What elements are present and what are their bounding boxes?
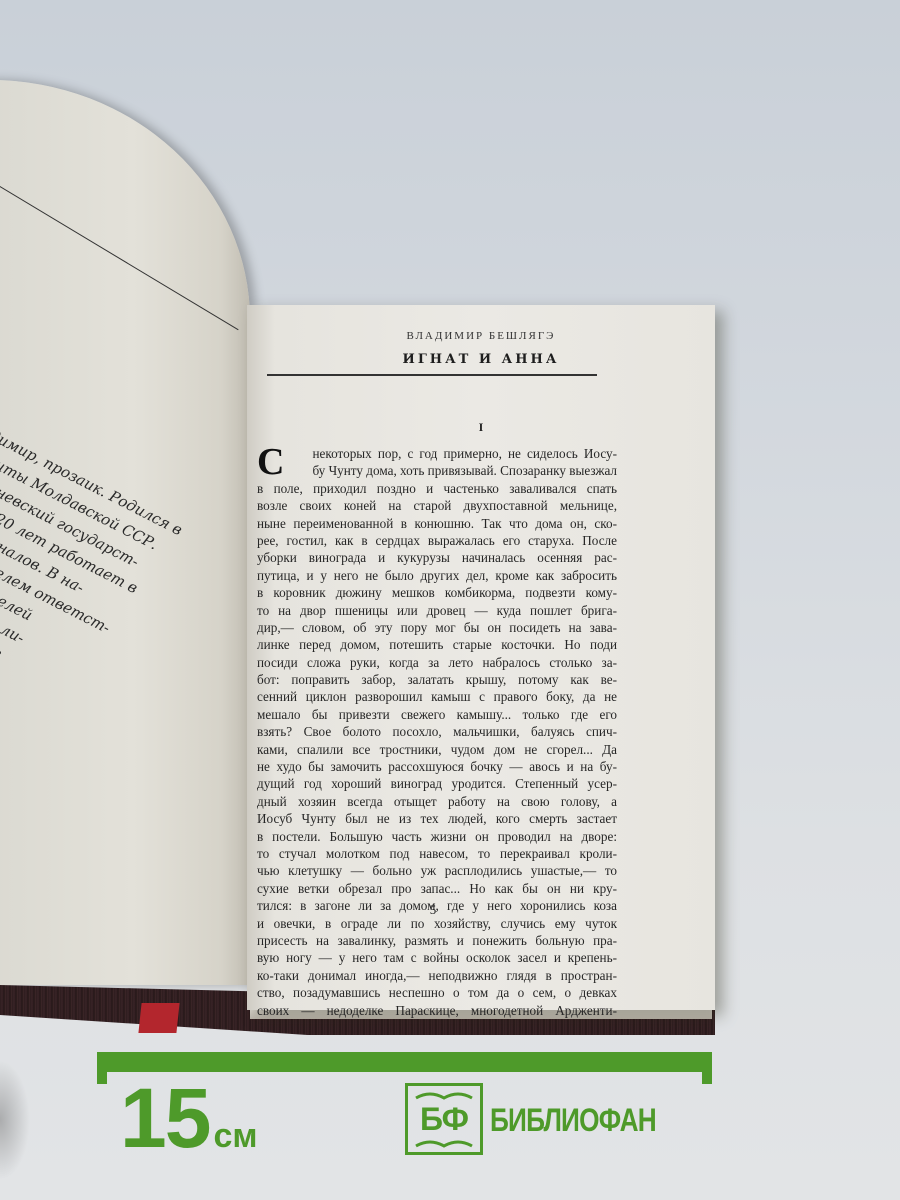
book-logo-icon: БФ [405,1083,483,1155]
section-number: I [247,420,715,435]
text-line: уборки винограда и кукурузы начиналась о… [257,549,617,566]
text-line: бу Чунту дома, хоть привязывай. Спозаран… [286,462,617,479]
text-line: рее, гостил, как в сердцах выражалась ег… [257,532,617,549]
scale-ruler-tick-left [97,1052,107,1084]
open-book-icon [408,1086,480,1158]
text-line: вую ногу — у него там с войны осколок за… [257,949,617,966]
text-line: некоторых пор, с год примерно, не сидело… [286,445,617,462]
right-page: ВЛАДИМИР БЕШЛЯГЭ ИГНАТ И АННА I С некото… [247,305,715,1010]
text-line: ко-таки донимал иногда,— неподвижно гляд… [257,967,617,984]
text-line: дир,— словом, об эту пору мог бы он поси… [257,619,617,636]
text-line: чью клетушку — больно уж расплодились уш… [257,862,617,879]
brand-name: БИБЛИОФАН [490,1102,656,1139]
text-line: в коровник дюжину мешков комбикорма, под… [257,584,617,601]
object-shadow [0,1060,30,1180]
text-line: присесть на завалинку, размять и понежит… [257,932,617,949]
bookmark-ribbon [138,1003,179,1033]
text-line: ныне переименованной в конюшню. Так что … [257,515,617,532]
text-line: сенний циклон разворошил камыш с правого… [257,688,617,705]
text-line: в постели. Большую часть жизни он провод… [257,828,617,845]
header-rule [267,374,597,376]
text-line: возле своих коней на старой двухпоставно… [257,497,617,514]
left-page-text: Владимир, прозаик. Родился вМалаешты Мол… [0,410,202,985]
text-line: путица, и у него не было других дел, кро… [257,567,617,584]
scale-ruler-tick-right [702,1052,712,1084]
scale-ruler-bar [97,1052,712,1072]
text-line: ками, спалили все тростники, чудом дом н… [257,741,617,758]
text-line: не худо бы замочить рассохшуюся бочку — … [257,758,617,775]
text-line: посиди сложа руки, когда за лето набрало… [257,654,617,671]
text-line: сухие ветки обрезал про запас... Но как … [257,880,617,897]
text-line: взять? Свое болото посохло, мальчишки, б… [257,723,617,740]
running-head: ВЛАДИМИР БЕШЛЯГЭ [247,330,715,342]
text-line: то на двор пшеницы или дровец — куда пош… [257,602,617,619]
text-line: Иосуб Чунту был не из тех людей, кого см… [257,810,617,827]
scale-label: 15см [120,1078,258,1158]
text-line: дный хозяин всегда отыщет работу на свою… [257,793,617,810]
text-line: бот: поправить забор, залатать крышу, по… [257,671,617,688]
scale-unit: см [213,1117,257,1155]
drop-cap: С [257,446,284,478]
text-line: мешало бы привезти свежего камышу... тол… [257,706,617,723]
body-text: С некоторых пор, с год примерно, не сиде… [257,445,617,1019]
photo-scene: Владимир, прозаик. Родился вМалаешты Мол… [0,0,900,1200]
text-line: в поле, приходил поздно и частенько зава… [257,480,617,497]
scale-value: 15 [120,1071,209,1165]
text-line: ство, позадумавшись неспешно о том да о … [257,984,617,1001]
chapter-title: ИГНАТ И АННА [247,352,715,367]
left-page-rule [0,180,239,330]
text-line: линке перед домом, потешить старые косто… [257,636,617,653]
text-line: то стучал молотком под навесом, то перек… [257,845,617,862]
left-page: Владимир, прозаик. Родился вМалаешты Мол… [0,80,250,985]
page-number: 5 [247,902,619,918]
text-line: своих — недоделке Параскице, многодетной… [257,1002,617,1019]
text-line: дущий год хороший виноград уродится. Сте… [257,775,617,792]
